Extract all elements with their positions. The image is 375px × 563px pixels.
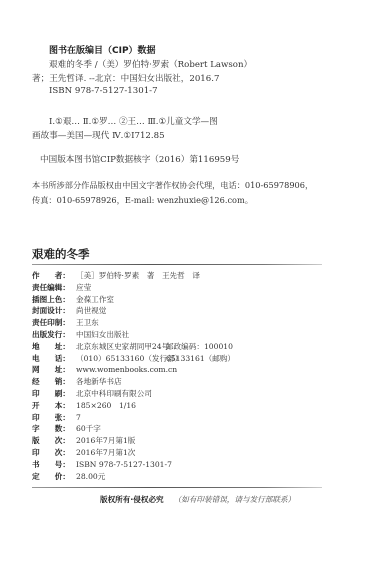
bottom-divider [32, 487, 322, 488]
imprint-row: 定 价：28.00元 [32, 470, 105, 483]
misprint-note: （如有印装错误，请与发行部联系） [174, 495, 296, 504]
imprint-value: 185×260 1/16 [76, 401, 136, 410]
imprint-value: 中国妇女出版社 [76, 330, 129, 339]
imprint-value: 王卫东 [76, 318, 99, 327]
imprint-value: 尚世视觉 [76, 306, 106, 315]
imprint-value: 2016年7月第1版 [76, 436, 135, 445]
title-divider [32, 264, 322, 265]
imprint-value: 2016年7月第1次 [76, 448, 135, 457]
imprint-value: 北京东城区史家胡同甲24号 [76, 342, 169, 351]
cip-line-3: ISBN 978-7-5127-1301-7 [49, 86, 158, 96]
cip-heading: 图书在版编目（CIP）数据 [49, 43, 156, 56]
cip-line-5: 画故事—美国—现代 Ⅳ.①I712.85 [32, 129, 165, 141]
imprint-value: 60千字 [76, 424, 101, 433]
imprint-value: 金葆工作室 [76, 295, 114, 304]
cip-line-2: 著；王先哲译. --北京：中国妇女出版社，2016.7 [32, 72, 219, 84]
imprint-value: 各地新华书店 [76, 377, 122, 386]
imprint-label: 定 价： [32, 470, 76, 483]
copyright-notice-line-2: 传真：010-65978926，E-mail: wenzhuxie@126.co… [32, 195, 253, 206]
imprint-value: 28.00元 [76, 472, 105, 481]
imprint-value: ［美］罗伯特·罗素 著 王先哲 译 [76, 271, 200, 280]
book-title: 艰难的冬季 [32, 246, 90, 262]
imprint-value: 7 [76, 413, 81, 422]
footer: 版权所有·侵权必究（如有印装错误，请与发行部联系） [100, 494, 295, 505]
rights-reserved: 版权所有·侵权必究 [100, 495, 164, 504]
cip-line-1: 艰难的冬季 /（美）罗伯特·罗索（Robert Lawson） [49, 58, 252, 70]
cip-verification: 中国版本图书馆CIP数据核字（2016）第116959号 [40, 153, 239, 165]
imprint-value: www.womenbooks.com.cn [76, 365, 177, 374]
copyright-notice-line-1: 本书所涉部分作品版权由中国文字著作权协会代理，电话：010-65978906， [32, 180, 313, 191]
imprint-value: 应莹 [76, 283, 91, 292]
imprint-value: 北京中科印刷有限公司 [76, 389, 152, 398]
cip-line-4: Ⅰ.①艰… Ⅱ.①罗… ②王… Ⅲ.①儿童文学—图 [49, 115, 218, 127]
imprint-value: ISBN 978-7-5127-1301-7 [76, 460, 172, 469]
